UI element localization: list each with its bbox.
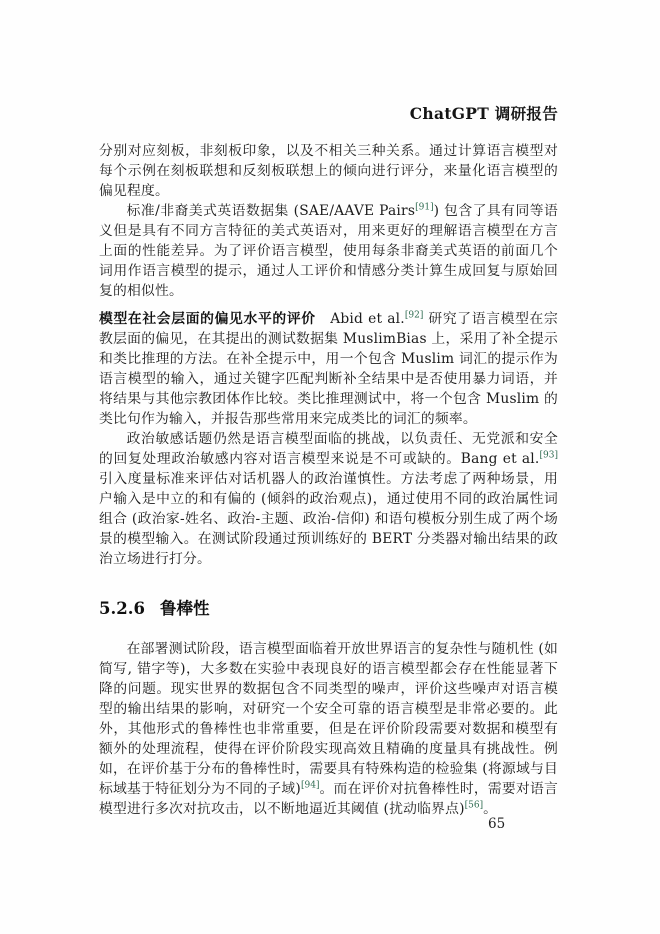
paragraph-robustness-intro: 在部署测试阶段，语言模型面临着开放世界语言的复杂性与随机性 (如简写, 错字等)… [99, 639, 558, 819]
citation-ref[interactable]: [56] [465, 800, 483, 810]
section-number: 5.2.6 [99, 599, 145, 618]
page-number: 65 [488, 816, 505, 832]
run-in-heading: 模型在社会层面的偏见水平的评价 [99, 311, 316, 327]
text-run: 研究了语言模型在宗教层面的偏见，在其提出的测试数据集 MuslimBias 上，… [99, 311, 558, 427]
text-run: 。 [483, 801, 497, 817]
text-run: 引入度量标准来评估对话机器人的政治谨慎性。方法考虑了两种场景，用户输入是中立的和… [99, 471, 558, 567]
text-run: 分别对应刻板，非刻板印象，以及不相关三种关系。通过计算语言模型对每个示例在刻板联… [99, 143, 558, 199]
page-content: ChatGPT 调研报告 分别对应刻板，非刻板印象，以及不相关三种关系。通过计算… [99, 104, 558, 819]
document-page: ChatGPT 调研报告 分别对应刻板，非刻板印象，以及不相关三种关系。通过计算… [0, 0, 660, 934]
citation-ref[interactable]: [94] [301, 780, 319, 790]
paragraph-stereotype-relations: 分别对应刻板，非刻板印象，以及不相关三种关系。通过计算语言模型对每个示例在刻板联… [99, 141, 558, 201]
citation-ref[interactable]: [93] [540, 450, 558, 460]
text-run: 标准/非裔美式英语数据集 (SAE/AAVE Pairs [127, 203, 416, 219]
section-title: 鲁棒性 [160, 599, 210, 618]
section-heading-robustness: 5.2.6鲁棒性 [99, 595, 558, 619]
paragraph-political-sensitivity: 政治敏感话题仍然是语言模型面临的挑战，以负责任、无党派和安全的回复处理政治敏感内… [99, 429, 558, 569]
text-run: 政治敏感话题仍然是语言模型面临的挑战，以负责任、无党派和安全的回复处理政治敏感内… [99, 431, 558, 467]
text-run: Abid et al. [316, 311, 405, 327]
paragraph-sae-aave-dataset: 标准/非裔美式英语数据集 (SAE/AAVE Pairs[91]) 包含了具有同… [99, 201, 558, 301]
citation-ref[interactable]: [91] [415, 202, 433, 212]
text-run: 在部署测试阶段，语言模型面临着开放世界语言的复杂性与随机性 (如简写, 错字等)… [99, 641, 558, 797]
running-header-title: ChatGPT 调研报告 [99, 104, 558, 123]
paragraph-social-bias-evaluation: 模型在社会层面的偏见水平的评价 Abid et al.[92] 研究了语言模型在… [99, 309, 558, 429]
citation-ref[interactable]: [92] [405, 310, 423, 320]
